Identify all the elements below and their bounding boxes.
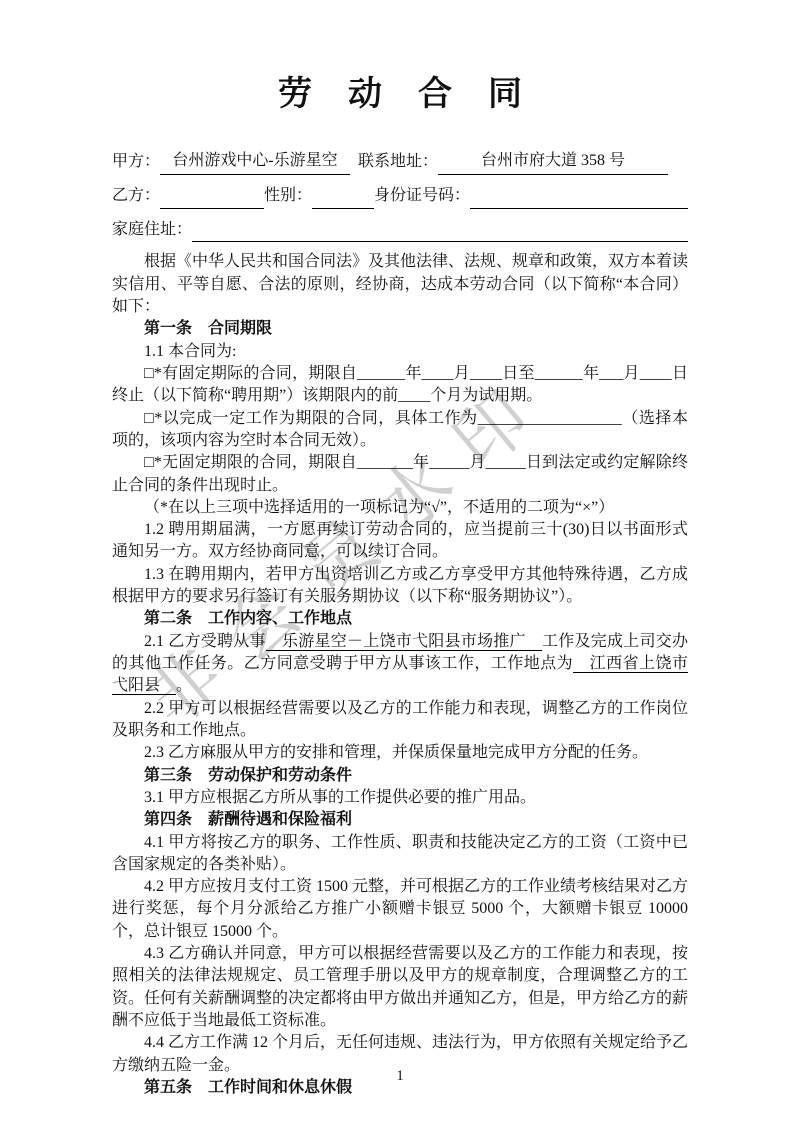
home-address-label: 家庭住址： — [112, 218, 192, 243]
clause-1-2: 1.2 聘用期届满，一方愿再续订劳动合同的，应当提前三十(30)日以书面形式通知… — [112, 519, 688, 564]
contact-address-value: 台州市府大道 358 号 — [438, 149, 668, 175]
option-open-term: □*无固定期限的合同，期限自_______年_____月_____日到法定或约定… — [112, 452, 688, 497]
home-address-blank — [192, 222, 688, 242]
contract-body: 根据《中华人民共和国合同法》及其他法律、法规、规章和政策，双方本着读实信用、平等… — [112, 251, 688, 1099]
clause-4-1: 4.1 甲方将按乙方的职务、工作性质、职责和技能决定乙方的工资（工资中已含国家规… — [112, 832, 688, 877]
option-task-term: □*以完成一定工作为期限的合同，具体工作为__________________（… — [112, 408, 688, 453]
document-content: 劳动合同 甲方： 台州游戏中心-乐游星空 联系地址： 台州市府大道 358 号 … — [0, 0, 800, 1099]
clause-1-1: 1.1 本合同为: — [112, 341, 688, 363]
clause-2-2: 2.2 甲方可以根据经营需要以及乙方的工作能力和表现，调整乙方的工作岗位及职务和… — [112, 698, 688, 743]
clause-3-1: 3.1 甲方应根据乙方所从事的工作提供必要的推广用品。 — [112, 787, 688, 809]
article-4-heading: 第四条 薪酬待遇和保险福利 — [112, 809, 688, 831]
clause-1-3: 1.3 在聘用期内，若甲方出资培训乙方或乙方享受甲方其他特殊待遇，乙方成根据甲方… — [112, 564, 688, 609]
mark-instruction-note: （*在以上三项中选择适用的一项标记为“√”，不适用的二项为“×”） — [112, 497, 688, 519]
party-a-label: 甲方： — [112, 150, 160, 175]
clause-4-3: 4.3 乙方确认并同意，甲方可以根据经营需要以及乙方的工作能力和表现，按照相关的… — [112, 943, 688, 1032]
contact-address-label: 联系地址： — [358, 150, 438, 175]
clause-2-1-job-value: 乐游星空－上饶市弋阳县市场推广 — [266, 633, 542, 651]
clause-4-2: 4.2 甲方应按月支付工资 1500 元整，并可根据乙方的工作业绩考核结果对乙方… — [112, 876, 688, 943]
page-number: 1 — [0, 1068, 800, 1085]
party-a-value: 台州游戏中心-乐游星空 — [160, 149, 350, 175]
option-fixed-term: □*有固定期际的合同，期限自______年____月____日至______年_… — [112, 363, 688, 408]
party-b-label: 乙方： — [112, 184, 160, 209]
party-b-row: 乙方： 性别： 身份证号码： — [112, 184, 688, 209]
gender-label: 性别： — [264, 184, 312, 209]
clause-2-1-lead: 2.1 乙方受聘从事 — [144, 633, 266, 650]
contract-page: 非会员水印 劳动合同 甲方： 台州游戏中心-乐游星空 联系地址： 台州市府大道 … — [0, 0, 800, 1131]
article-2-heading: 第二条 工作内容、工作地点 — [112, 608, 688, 630]
id-number-blank — [470, 189, 688, 209]
article-3-heading: 第三条 劳动保护和劳动条件 — [112, 765, 688, 787]
id-number-label: 身份证号码： — [374, 184, 470, 209]
article-1-heading: 第一条 合同期限 — [112, 318, 688, 340]
party-a-row: 甲方： 台州游戏中心-乐游星空 联系地址： 台州市府大道 358 号 — [112, 149, 688, 175]
document-title: 劳动合同 — [112, 66, 688, 115]
party-b-blank — [160, 189, 264, 209]
clause-2-1-period: 。 — [176, 677, 192, 694]
gender-blank — [312, 189, 374, 209]
clause-2-3: 2.3 乙方麻服从甲方的安排和管理，并保质保量地完成甲方分配的任务。 — [112, 742, 688, 764]
preamble-paragraph: 根据《中华人民共和国合同法》及其他法律、法规、规章和政策，双方本着读实信用、平等… — [112, 251, 688, 318]
home-address-row: 家庭住址： — [112, 218, 688, 243]
clause-2-1: 2.1 乙方受聘从事 乐游星空－上饶市弋阳县市场推广 工作及完成上司交办的其他工… — [112, 631, 688, 698]
